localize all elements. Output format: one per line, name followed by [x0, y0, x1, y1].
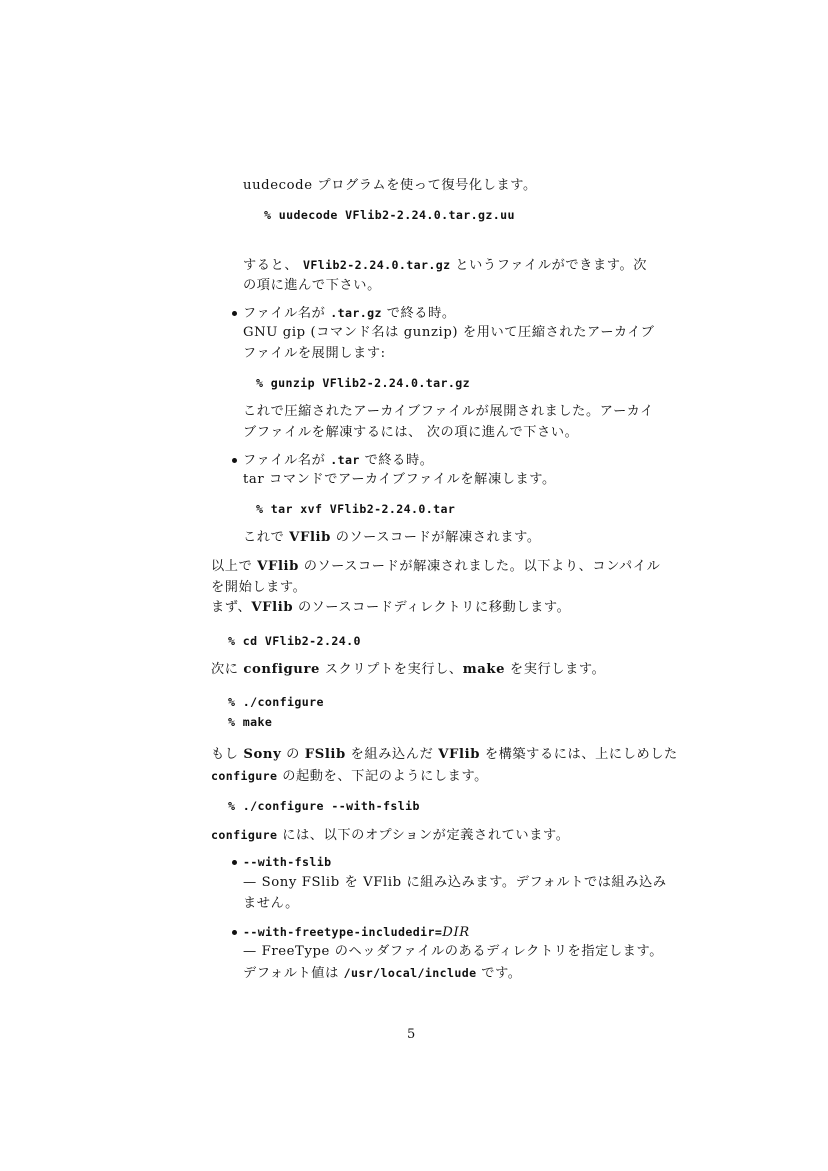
bullet-icon [232, 311, 237, 316]
paragraph-uudecode: uudecode プログラムを使って復号化します。 [243, 177, 537, 195]
code-configure: % ./configure [228, 693, 324, 711]
paragraph-gunzip-cont: ファイルを展開します: [243, 345, 386, 363]
option-freetype-includedir: --with-freetype-includedir=DIR [243, 923, 470, 942]
document-page: uudecode プログラムを使って復号化します。 % uudecode VFl… [0, 0, 828, 1171]
option-freetype-default: デフォルト値は /usr/local/include です。 [243, 964, 522, 983]
bullet-tar-gz: ファイル名が .tar.gz で終る時。 [243, 304, 456, 323]
paragraph-unpacked: これで VFlib のソースコードが解凍されます。 [243, 529, 541, 547]
option-with-fslib-desc: — Sony FSlib を VFlib に組み込みます。デフォルトでは組み込み [243, 874, 667, 892]
code-cd: % cd VFlib2-2.24.0 [228, 632, 361, 650]
option-freetype-desc: — FreeType のヘッダファイルのあるディレクトリを指定します。 [243, 943, 663, 961]
paragraph-cd: まず、VFlib のソースコードディレクトリに移動します。 [211, 599, 570, 617]
paragraph-fslib: もし Sony の FSlib を組み込んだ VFlib を構築するには、上にし… [211, 746, 678, 764]
paragraph-options: configure には、以下のオプションが定義されています。 [211, 826, 570, 845]
paragraph-configure: 次に configure スクリプトを実行し、make を実行します。 [211, 661, 605, 679]
page-number: 5 [407, 1027, 415, 1042]
paragraph-gunzip: GNU gip (コマンド名は gunzip) を用いて圧縮されたアーカイブ [243, 324, 654, 342]
code-tar: % tar xvf VFlib2-2.24.0.tar [256, 500, 455, 518]
bullet-tar: ファイル名が .tar で終る時。 [243, 451, 434, 470]
option-with-fslib: --with-fslib [243, 853, 332, 871]
code-configure-fslib: % ./configure --with-fslib [228, 797, 420, 815]
paragraph-tar: tar コマンドでアーカイブファイルを解凍します。 [243, 471, 556, 489]
paragraph-compile-cont: を開始します。 [211, 579, 306, 597]
bullet-icon [232, 930, 237, 935]
paragraph-compile: 以上で VFlib のソースコードが解凍されました。以下より、コンパイル [211, 558, 660, 576]
code-uudecode: % uudecode VFlib2-2.24.0.tar.gz.uu [264, 206, 515, 224]
code-gunzip: % gunzip VFlib2-2.24.0.tar.gz [256, 374, 470, 392]
paragraph-result: すると、 VFlib2-2.24.0.tar.gz というファイルができます。次 [243, 256, 647, 275]
bullet-icon [232, 458, 237, 463]
paragraph-expanded-cont: ブファイルを解凍するには、 次の項に進んで下さい。 [243, 424, 578, 442]
paragraph-fslib-cont: configure の起動を、下記のようにします。 [211, 767, 488, 786]
code-make: % make [228, 713, 272, 731]
paragraph-result-cont: の項に進んで下さい。 [243, 277, 381, 295]
option-with-fslib-desc-cont: ません。 [243, 895, 299, 913]
bullet-icon [232, 860, 237, 865]
paragraph-expanded: これで圧縮されたアーカイブファイルが展開されました。アーカイ [243, 403, 654, 421]
